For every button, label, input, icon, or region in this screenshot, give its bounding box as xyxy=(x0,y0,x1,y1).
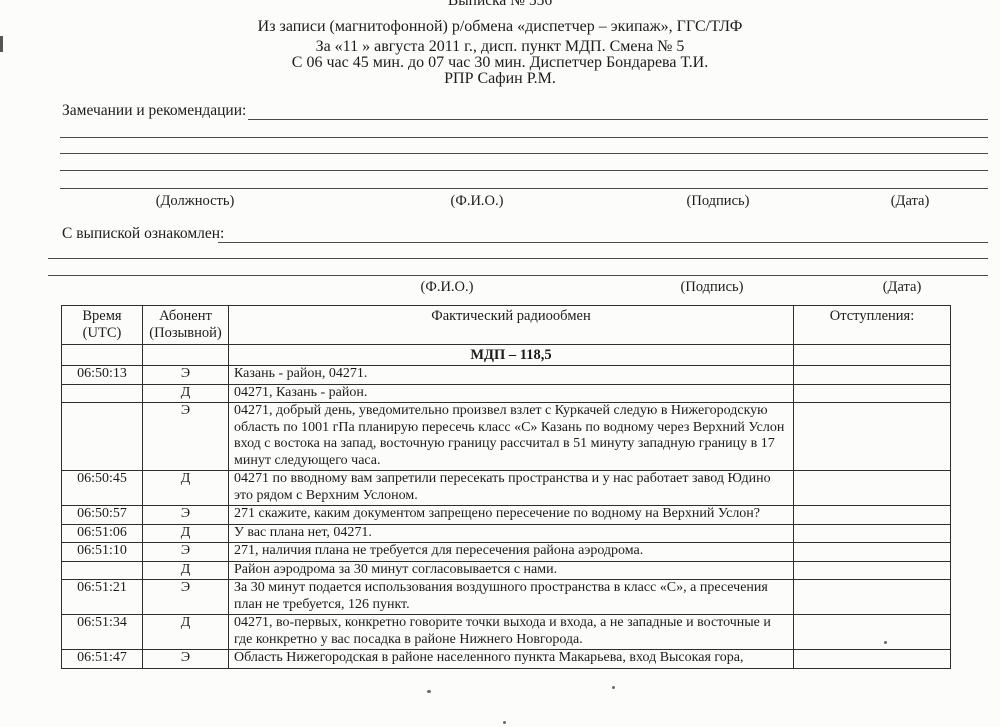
radio-text-cell: 271, наличия плана не требуется для пере… xyxy=(229,543,794,562)
remarks-writing-line xyxy=(60,188,988,189)
scan-speck xyxy=(427,690,431,693)
callsign-cell: Э xyxy=(143,366,229,385)
frequency-title: МДП – 118,5 xyxy=(229,345,794,366)
callsign-cell: Д xyxy=(143,561,229,580)
transcript-row: 06:51:34 Д 04271, во-первых, конкретно г… xyxy=(62,615,951,650)
remarks-writing-line xyxy=(60,153,988,154)
transcript-row: 06:50:13 Э Казань - район, 04271. xyxy=(62,366,951,385)
column-header-callsign: Абонент (Позывной) xyxy=(143,306,229,345)
empty-cell xyxy=(143,345,229,366)
callsign-cell: Д xyxy=(143,384,229,403)
column-header-deviations: Отступления: xyxy=(794,306,951,345)
deviations-cell xyxy=(794,615,951,650)
time-cell: 06:51:34 xyxy=(62,615,143,650)
radio-text-cell: 04271, во-первых, конкретно говорите точ… xyxy=(229,615,794,650)
callsign-cell: Э xyxy=(143,543,229,562)
transcript-row: 06:51:10 Э 271, наличия плана не требует… xyxy=(62,543,951,562)
callsign-cell: Д xyxy=(143,471,229,506)
column-header-radio-exchange: Фактический радиообмен xyxy=(229,306,794,345)
remarks-writing-line xyxy=(60,170,988,171)
scan-speck xyxy=(503,721,506,724)
transcript-row: Д Район аэродрома за 30 минут согласовыв… xyxy=(62,561,951,580)
time-cell: 06:51:06 xyxy=(62,524,143,543)
radio-text-cell: Казань - район, 04271. xyxy=(229,366,794,385)
signature-label-position: (Должность) xyxy=(156,193,235,210)
transcript-row: 06:50:45 Д 04271 по вводному вам запрети… xyxy=(62,471,951,506)
deviations-cell xyxy=(794,471,951,506)
document-title: Выписка № 556 xyxy=(0,0,1000,10)
signature-label-date: (Дата) xyxy=(883,279,922,296)
signature-label-signature: (Подпись) xyxy=(687,193,750,210)
deviations-cell xyxy=(794,506,951,525)
transcript-row: 06:51:47 Э Область Нижегородская в район… xyxy=(62,650,951,669)
callsign-cell: Э xyxy=(143,403,229,471)
radio-exchange-table: Время (UTC) Абонент (Позывной) Фактическ… xyxy=(61,305,951,669)
empty-cell xyxy=(62,345,143,366)
radio-text-cell: 04271, Казань - район. xyxy=(229,384,794,403)
document-rpr-line: РПР Сафин Р.М. xyxy=(0,69,1000,88)
callsign-cell: Э xyxy=(143,650,229,669)
callsign-cell: Э xyxy=(143,580,229,615)
frequency-section-row: МДП – 118,5 xyxy=(62,345,951,366)
deviations-cell xyxy=(794,366,951,385)
time-cell: 06:51:47 xyxy=(62,650,143,669)
scan-speck xyxy=(612,686,615,689)
radio-text-cell: У вас плана нет, 04271. xyxy=(229,524,794,543)
deviations-cell xyxy=(794,403,951,471)
time-cell xyxy=(62,403,143,471)
radio-text-cell: Область Нижегородская в районе населенно… xyxy=(229,650,794,669)
time-cell: 06:50:13 xyxy=(62,366,143,385)
deviations-cell xyxy=(794,650,951,669)
document-subtitle: Из записи (магнитофонной) р/обмена «дисп… xyxy=(0,17,1000,36)
deviations-cell xyxy=(794,384,951,403)
remarks-label: Замечании и рекомендации: xyxy=(62,102,246,120)
transcript-row: Э 04271, добрый день, уведомительно прои… xyxy=(62,403,951,471)
callsign-cell: Д xyxy=(143,615,229,650)
deviations-cell xyxy=(794,543,951,562)
deviations-cell xyxy=(794,580,951,615)
scan-speck xyxy=(884,641,887,644)
transcript-row: 06:50:57 Э 271 скажите, каким документом… xyxy=(62,506,951,525)
remarks-writing-line xyxy=(248,119,988,120)
transcript-row: Д 04271, Казань - район. xyxy=(62,384,951,403)
empty-cell xyxy=(794,345,951,366)
acknowledgement-label: С выпиской ознакомлен: xyxy=(62,225,224,243)
time-cell: 06:50:57 xyxy=(62,506,143,525)
deviations-cell xyxy=(794,561,951,580)
document-page: Выписка № 556 Из записи (магнитофонной) … xyxy=(0,0,1000,727)
radio-text-cell: 271 скажите, каким документом запрещено … xyxy=(229,506,794,525)
time-cell: 06:51:21 xyxy=(62,580,143,615)
transcript-row: 06:51:06 Д У вас плана нет, 04271. xyxy=(62,524,951,543)
signature-label-name: (Ф.И.О.) xyxy=(421,279,474,296)
radio-text-cell: Район аэродрома за 30 минут согласовывае… xyxy=(229,561,794,580)
callsign-cell: Э xyxy=(143,506,229,525)
radio-text-cell: 04271 по вводному вам запретили пересека… xyxy=(229,471,794,506)
radio-text-cell: За 30 минут подается использования возду… xyxy=(229,580,794,615)
radio-text-cell: 04271, добрый день, уведомительно произв… xyxy=(229,403,794,471)
time-cell: 06:50:45 xyxy=(62,471,143,506)
scan-edge-artifact xyxy=(0,36,3,52)
callsign-cell: Д xyxy=(143,524,229,543)
remarks-writing-line xyxy=(60,137,988,138)
signature-label-date: (Дата) xyxy=(891,193,930,210)
signature-label-name: (Ф.И.О.) xyxy=(451,193,504,210)
transcript-row: 06:51:21 Э За 30 минут подается использо… xyxy=(62,580,951,615)
acknowledgement-writing-line xyxy=(48,258,988,259)
acknowledgement-writing-line xyxy=(218,242,988,243)
column-header-time: Время (UTC) xyxy=(62,306,143,345)
acknowledgement-writing-line xyxy=(48,275,988,276)
deviations-cell xyxy=(794,524,951,543)
time-cell xyxy=(62,561,143,580)
time-cell xyxy=(62,384,143,403)
time-cell: 06:51:10 xyxy=(62,543,143,562)
table-header-row: Время (UTC) Абонент (Позывной) Фактическ… xyxy=(62,306,951,345)
signature-label-signature: (Подпись) xyxy=(681,279,744,296)
